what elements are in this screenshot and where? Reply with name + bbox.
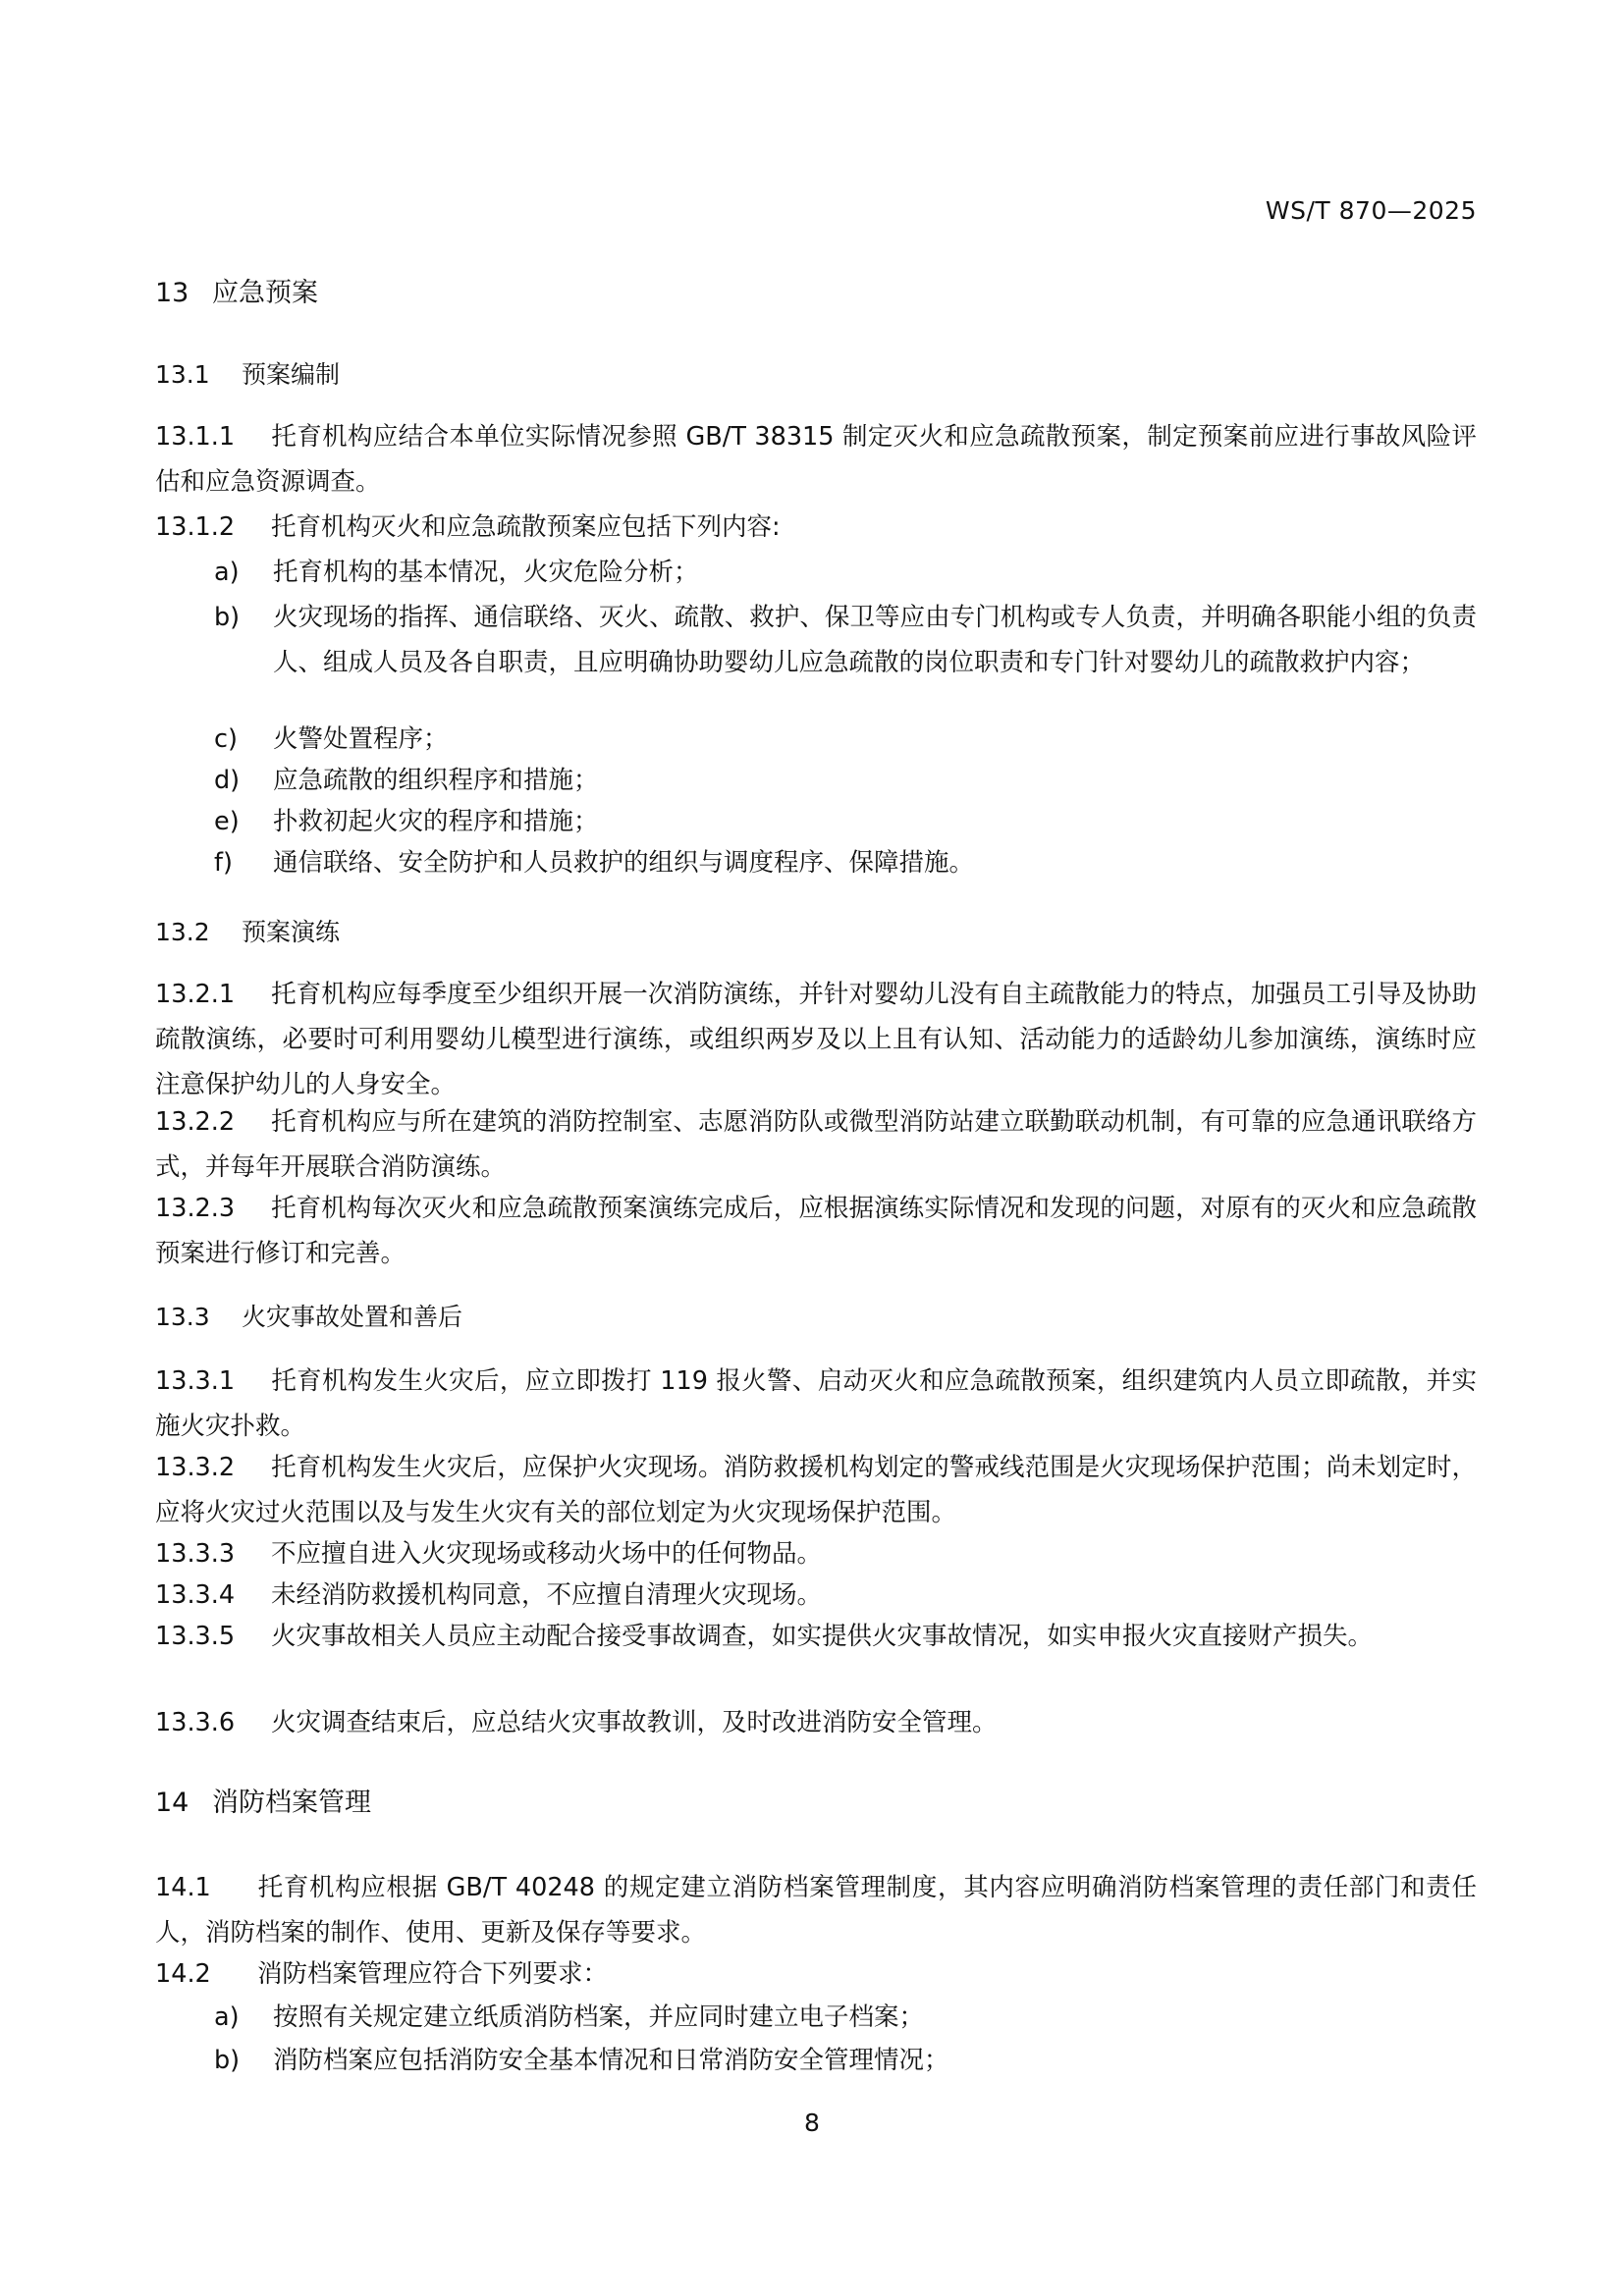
clause-number: 14.1 — [155, 1865, 257, 1910]
document-page: WS/T 870—2025 13应急预案 13.1预案编制 13.1.1托育机构… — [0, 0, 1624, 2296]
list-marker: f) — [214, 840, 263, 885]
clause-number: 13.2.2 — [155, 1099, 271, 1145]
clause-13-2-2: 13.2.2托育机构应与所在建筑的消防控制室、志愿消防队或微型消防站建立联勤联动… — [155, 1099, 1477, 1190]
clause-number: 13.3.5 — [155, 1614, 271, 1659]
list-marker: e) — [214, 799, 263, 844]
clause-text: 托育机构应每季度至少组织开展一次消防演练，并针对婴幼儿没有自主疏散能力的特点，加… — [155, 980, 1477, 1099]
list-marker: a) — [214, 550, 263, 595]
clause-text: 不应擅自进入火灾现场或移动火场中的任何物品。 — [271, 1539, 822, 1569]
section-title: 应急预案 — [212, 278, 318, 308]
clause-13-2-1: 13.2.1托育机构应每季度至少组织开展一次消防演练，并针对婴幼儿没有自主疏散能… — [155, 972, 1477, 1107]
clause-text: 火灾事故相关人员应主动配合接受事故调查，如实提供火灾事故情况，如实申报火灾直接财… — [271, 1622, 1373, 1651]
clause-14-2: 14.2消防档案管理应符合下列要求： — [155, 1951, 1477, 1997]
list-item-b: b) 消防档案应包括消防安全基本情况和日常消防安全管理情况； — [214, 2038, 1477, 2083]
list-item-text: 火警处置程序； — [273, 717, 1477, 762]
page-number: 8 — [0, 2109, 1624, 2137]
list-item-text: 按照有关规定建立纸质消防档案，并应同时建立电子档案； — [273, 1995, 1477, 2040]
clause-text: 托育机构发生火灾后，应保护火灾现场。消防救援机构划定的警戒线范围是火灾现场保护范… — [155, 1453, 1477, 1527]
clause-13-3-5: 13.3.5火灾事故相关人员应主动配合接受事故调查，如实提供火灾事故情况，如实申… — [155, 1614, 1477, 1659]
section-title: 预案编制 — [242, 360, 340, 389]
clause-number: 13.1.1 — [155, 414, 271, 459]
clause-13-3-6: 13.3.6火灾调查结束后，应总结火灾事故教训，及时改进消防安全管理。 — [155, 1700, 1477, 1745]
list-item-a: a) 托育机构的基本情况，火灾危险分析； — [214, 550, 1477, 595]
clause-13-3-4: 13.3.4未经消防救援机构同意，不应擅自清理火灾现场。 — [155, 1573, 1477, 1618]
list-item-text: 通信联络、安全防护和人员救护的组织与调度程序、保障措施。 — [273, 840, 1477, 885]
section-number: 13.2 — [155, 918, 242, 946]
list-item-text: 扑救初起火灾的程序和措施； — [273, 799, 1477, 844]
list-marker: c) — [214, 717, 263, 762]
section-14-heading: 14消防档案管理 — [155, 1781, 371, 1819]
clause-text: 未经消防救援机构同意，不应擅自清理火灾现场。 — [271, 1580, 822, 1610]
list-item-b: b) 火灾现场的指挥、通信联络、灭火、疏散、救护、保卫等应由专门机构或专人负责，… — [214, 595, 1477, 685]
section-13-3-heading: 13.3火灾事故处置和善后 — [155, 1298, 462, 1333]
list-marker: b) — [214, 2038, 263, 2083]
section-number: 13.1 — [155, 360, 242, 389]
section-title: 消防档案管理 — [212, 1788, 371, 1818]
clause-text: 托育机构应根据 GB/T 40248 的规定建立消防档案管理制度，其内容应明确消… — [155, 1873, 1477, 1948]
section-number: 14 — [155, 1788, 212, 1818]
list-item-f: f) 通信联络、安全防护和人员救护的组织与调度程序、保障措施。 — [214, 840, 1477, 885]
clause-number: 13.3.2 — [155, 1445, 271, 1490]
clause-number: 13.3.6 — [155, 1700, 271, 1745]
list-item-c: c) 火警处置程序； — [214, 717, 1477, 762]
list-item-text: 应急疏散的组织程序和措施； — [273, 758, 1477, 803]
list-item-e: e) 扑救初起火灾的程序和措施； — [214, 799, 1477, 844]
section-number: 13.3 — [155, 1303, 242, 1331]
section-number: 13 — [155, 278, 212, 308]
clause-13-3-2: 13.3.2托育机构发生火灾后，应保护火灾现场。消防救援机构划定的警戒线范围是火… — [155, 1445, 1477, 1535]
clause-text: 消防档案管理应符合下列要求： — [257, 1959, 608, 1989]
list-marker: b) — [214, 595, 263, 640]
section-13-heading: 13应急预案 — [155, 271, 318, 309]
section-title: 火灾事故处置和善后 — [242, 1303, 462, 1331]
clause-13-3-1: 13.3.1托育机构发生火灾后，应立即拨打 119 报火警、启动灭火和应急疏散预… — [155, 1359, 1477, 1449]
clause-number: 13.3.3 — [155, 1531, 271, 1576]
clause-14-1: 14.1托育机构应根据 GB/T 40248 的规定建立消防档案管理制度，其内容… — [155, 1865, 1477, 1955]
clause-number: 13.1.2 — [155, 505, 271, 550]
section-13-1-heading: 13.1预案编制 — [155, 355, 340, 391]
section-13-2-heading: 13.2预案演练 — [155, 913, 340, 948]
list-item-text: 火灾现场的指挥、通信联络、灭火、疏散、救护、保卫等应由专门机构或专人负责，并明确… — [273, 595, 1477, 685]
clause-text: 托育机构应结合本单位实际情况参照 GB/T 38315 制定灭火和应急疏散预案，… — [155, 422, 1477, 497]
list-item-d: d) 应急疏散的组织程序和措施； — [214, 758, 1477, 803]
clause-number: 13.2.3 — [155, 1186, 271, 1231]
clause-text: 火灾调查结束后，应总结火灾事故教训，及时改进消防安全管理。 — [271, 1708, 998, 1737]
clause-text: 托育机构发生火灾后，应立即拨打 119 报火警、启动灭火和应急疏散预案，组织建筑… — [155, 1366, 1477, 1441]
list-marker: d) — [214, 758, 263, 803]
clause-text: 托育机构每次灭火和应急疏散预案演练完成后，应根据演练实际情况和发现的问题，对原有… — [155, 1194, 1477, 1268]
clause-13-1-2: 13.1.2托育机构灭火和应急疏散预案应包括下列内容: — [155, 505, 1477, 550]
clause-13-3-3: 13.3.3不应擅自进入火灾现场或移动火场中的任何物品。 — [155, 1531, 1477, 1576]
list-item-a: a) 按照有关规定建立纸质消防档案，并应同时建立电子档案； — [214, 1995, 1477, 2040]
clause-number: 13.3.1 — [155, 1359, 271, 1404]
clause-number: 13.3.4 — [155, 1573, 271, 1618]
list-item-text: 托育机构的基本情况，火灾危险分析； — [273, 550, 1477, 595]
clause-text: 托育机构应与所在建筑的消防控制室、志愿消防队或微型消防站建立联勤联动机制，有可靠… — [155, 1107, 1477, 1182]
standard-code: WS/T 870—2025 — [1266, 196, 1477, 225]
list-marker: a) — [214, 1995, 263, 2040]
clause-13-1-1: 13.1.1托育机构应结合本单位实际情况参照 GB/T 38315 制定灭火和应… — [155, 414, 1477, 505]
clause-number: 14.2 — [155, 1951, 257, 1997]
clause-number: 13.2.1 — [155, 972, 271, 1017]
clause-13-2-3: 13.2.3托育机构每次灭火和应急疏散预案演练完成后，应根据演练实际情况和发现的… — [155, 1186, 1477, 1276]
section-title: 预案演练 — [242, 918, 340, 946]
clause-text: 托育机构灭火和应急疏散预案应包括下列内容: — [271, 512, 781, 542]
list-item-text: 消防档案应包括消防安全基本情况和日常消防安全管理情况； — [273, 2038, 1477, 2083]
